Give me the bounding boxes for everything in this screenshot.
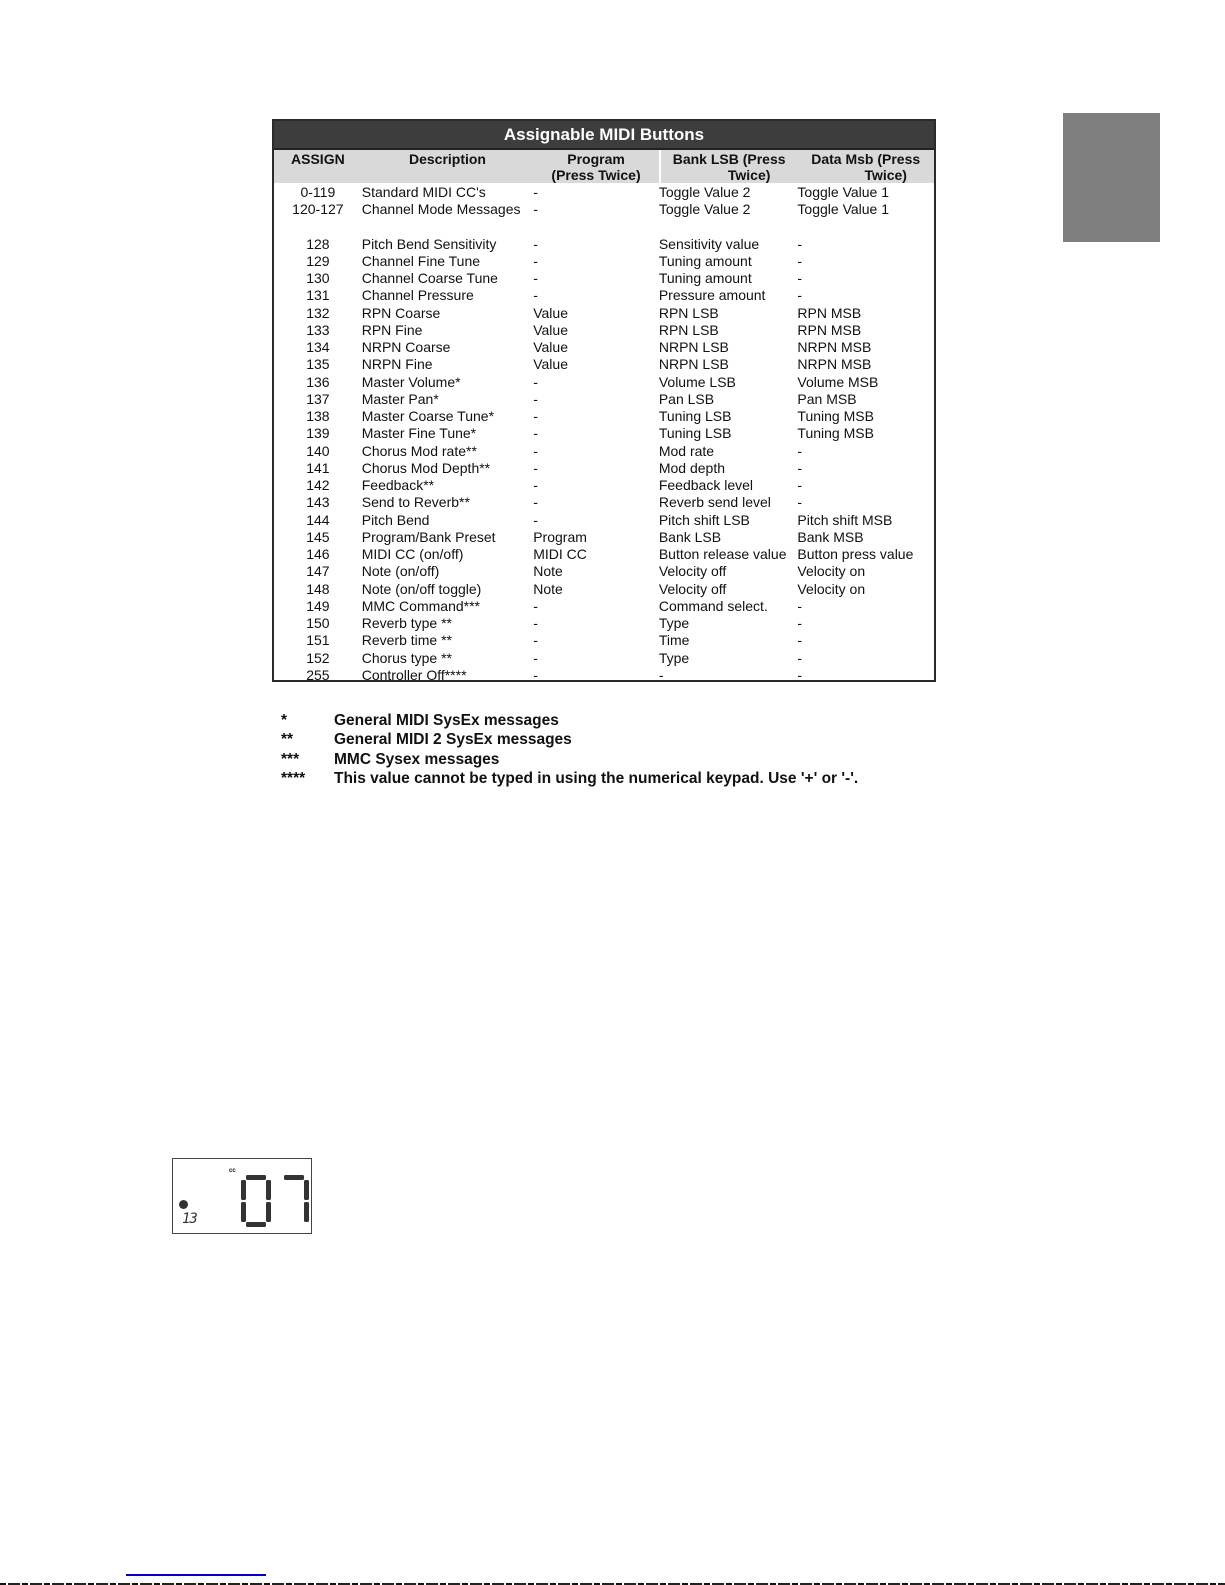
cell-data-msb: Tuning MSB [797,408,934,425]
cell-program: - [533,615,659,632]
header-description: Description [362,150,533,183]
cell-data-msb: - [797,443,934,460]
cell-bank-lsb: Velocity off [659,581,798,598]
cell-bank-lsb: Tuning LSB [659,425,798,442]
cell-data-msb: - [797,598,934,615]
cell-program: Value [533,339,659,356]
cell-assign: 143 [274,494,362,511]
cell-assign: 128 [274,236,362,253]
cell-assign: 146 [274,546,362,563]
cell-description: RPN Coarse [362,305,533,322]
cell-description: Feedback** [362,477,533,494]
cell-data-msb: Tuning MSB [797,425,934,442]
cell-description: Master Volume* [362,374,533,391]
cell-bank-lsb: RPN LSB [659,322,798,339]
cell-assign: 131 [274,287,362,304]
cell-assign: 132 [274,305,362,322]
table-row: 146MIDI CC (on/off)MIDI CCButton release… [274,546,934,563]
lcd-cc-indicator: cc [229,1168,236,1174]
cell-bank-lsb: Type [659,650,798,667]
table-row: 136Master Volume*-Volume LSBVolume MSB [274,374,934,391]
cell-bank-lsb: Toggle Value 2 [659,184,798,201]
cell-assign: 137 [274,391,362,408]
footnote: ***MMC Sysex messages [281,750,858,769]
lcd-seven-segment-digits [239,1173,311,1231]
table-row: 141Chorus Mod Depth**-Mod depth- [274,460,934,477]
section-tab-marker [1063,113,1160,242]
cell-program: - [533,477,659,494]
table-row: 145Program/Bank PresetProgramBank LSBBan… [274,529,934,546]
cell-assign: 152 [274,650,362,667]
cell-description: Program/Bank Preset [362,529,533,546]
cell-assign: 141 [274,460,362,477]
cell-assign: 145 [274,529,362,546]
cell-assign: 130 [274,270,362,287]
cell-data-msb: - [797,667,934,684]
cell-description: Note (on/off toggle) [362,581,533,598]
cell-description: Pitch Bend Sensitivity [362,236,533,253]
cell-program: - [533,494,659,511]
table-row: 255Controller Off****--- [274,667,934,684]
cell-bank-lsb: Sensitivity value [659,236,798,253]
cell-data-msb: - [797,615,934,632]
table-row: 137Master Pan*-Pan LSBPan MSB [274,391,934,408]
cell-data-msb: NRPN MSB [797,356,934,373]
cell-data-msb: - [797,650,934,667]
cell-program: MIDI CC [533,546,659,563]
table-header-row: ASSIGN Description Program(Press Twice) … [274,150,934,183]
assignable-midi-buttons-table: Assignable MIDI Buttons ASSIGN Descripti… [272,119,936,682]
cell-description: Chorus type ** [362,650,533,667]
cell-bank-lsb: Tuning amount [659,253,798,270]
cell-bank-lsb: Bank LSB [659,529,798,546]
cell-program: - [533,236,659,253]
cell-bank-lsb: Toggle Value 2 [659,201,798,218]
cell-assign: 147 [274,563,362,580]
cell-assign: 148 [274,581,362,598]
header-program: Program(Press Twice) [533,150,659,183]
cell-bank-lsb: Mod depth [659,460,798,477]
cell-assign: 120-127 [274,201,362,218]
cell-data-msb: Volume MSB [797,374,934,391]
footnote-text: General MIDI 2 SysEx messages [334,730,572,749]
cell-assign: 138 [274,408,362,425]
cell-program: Program [533,529,659,546]
lcd-small-value: 13 [182,1211,197,1227]
footer-link-underline [126,1574,266,1576]
cell-program: - [533,425,659,442]
cell-program: - [533,253,659,270]
table-row: 132RPN CoarseValueRPN LSBRPN MSB [274,305,934,322]
cell-bank-lsb: Pan LSB [659,391,798,408]
cell-data-msb: Velocity on [797,581,934,598]
footnote-mark: *** [281,750,334,769]
cell-program: - [533,598,659,615]
cell-data-msb: Toggle Value 1 [797,184,934,201]
cell-assign: 142 [274,477,362,494]
cell-description: Master Coarse Tune* [362,408,533,425]
cell-description: Channel Pressure [362,287,533,304]
cell-bank-lsb: Volume LSB [659,374,798,391]
cell-bank-lsb: Time [659,632,798,649]
cell-description: Channel Mode Messages [362,201,533,218]
table-row: 128Pitch Bend Sensitivity- Sensitivity v… [274,236,934,253]
footnote-mark: * [281,711,334,730]
cell-data-msb: - [797,270,934,287]
cell-data-msb: Button press value [797,546,934,563]
table-row: 148Note (on/off toggle)NoteVelocity offV… [274,581,934,598]
footnote-text: This value cannot be typed in using the … [334,769,858,788]
table-row: 143Send to Reverb**-Reverb send level- [274,494,934,511]
table-row: 152Chorus type **-Type- [274,650,934,667]
cell-program: - [533,270,659,287]
cell-program: - [533,460,659,477]
cell-data-msb: - [797,477,934,494]
cell-description: Chorus Mod Depth** [362,460,533,477]
cell-data-msb: - [797,236,934,253]
cell-bank-lsb: Button release value [659,546,798,563]
cell-bank-lsb: Pitch shift LSB [659,512,798,529]
cell-data-msb: - [797,494,934,511]
cell-description: Channel Fine Tune [362,253,533,270]
table-row: 0-119Standard MIDI CC's-Toggle Value 2To… [274,184,934,201]
cell-data-msb: - [797,287,934,304]
cell-program: - [533,184,659,201]
cell-data-msb: Toggle Value 1 [797,201,934,218]
cell-program: - [533,391,659,408]
table-row: 134NRPN CoarseValueNRPN LSBNRPN MSB [274,339,934,356]
cell-program: - [533,667,659,684]
cell-program: - [533,512,659,529]
cell-description: Chorus Mod rate** [362,443,533,460]
cell-assign: 149 [274,598,362,615]
cell-description: Reverb time ** [362,632,533,649]
cell-program: Value [533,305,659,322]
cell-data-msb: Pitch shift MSB [797,512,934,529]
cell-description: Note (on/off) [362,563,533,580]
cell-program: - [533,287,659,304]
cell-description: MMC Command*** [362,598,533,615]
cell-assign: 135 [274,356,362,373]
cell-description: NRPN Coarse [362,339,533,356]
cell-description: Send to Reverb** [362,494,533,511]
cell-description: MIDI CC (on/off) [362,546,533,563]
lcd-display-illustration: cc 13 [172,1158,312,1234]
cell-program: - [533,632,659,649]
cell-data-msb: - [797,460,934,477]
cell-bank-lsb: Tuning amount [659,270,798,287]
footnote-mark: **** [281,769,334,788]
cell-description: NRPN Fine [362,356,533,373]
footnote-mark: ** [281,730,334,749]
cell-bank-lsb: RPN LSB [659,305,798,322]
cell-description: Master Fine Tune* [362,425,533,442]
cell-assign: 139 [274,425,362,442]
footnote: ****This value cannot be typed in using … [281,769,858,788]
cell-description: Reverb type ** [362,615,533,632]
cell-assign: 151 [274,632,362,649]
table-row: 129Channel Fine Tune-Tuning amount- [274,253,934,270]
table-row: 131Channel Pressure-Pressure amount- [274,287,934,304]
table-row: 151Reverb time **-Time- [274,632,934,649]
cell-bank-lsb: - [659,667,798,684]
cell-assign: 140 [274,443,362,460]
cell-program: Value [533,356,659,373]
cell-bank-lsb: Command select. [659,598,798,615]
table-row: 138Master Coarse Tune*-Tuning LSBTuning … [274,408,934,425]
cell-assign: 255 [274,667,362,684]
cell-data-msb: Bank MSB [797,529,934,546]
cell-program: - [533,374,659,391]
cell-bank-lsb: Feedback level [659,477,798,494]
table-row: 120-127Channel Mode Messages-Toggle Valu… [274,201,934,218]
table-row: 135NRPN FineValueNRPN LSBNRPN MSB [274,356,934,373]
table-title: Assignable MIDI Buttons [274,121,934,150]
footnote: **General MIDI 2 SysEx messages [281,730,858,749]
footnote-text: General MIDI SysEx messages [334,711,559,730]
table-row: 150Reverb type **-Type- [274,615,934,632]
cell-bank-lsb: NRPN LSB [659,356,798,373]
row-spacer [274,219,934,236]
cell-program: Value [533,322,659,339]
cell-data-msb: RPN MSB [797,305,934,322]
cell-description: Pitch Bend [362,512,533,529]
table-body: 0-119Standard MIDI CC's-Toggle Value 2To… [274,183,934,684]
cell-data-msb: - [797,632,934,649]
cell-program: - [533,443,659,460]
cell-assign: 129 [274,253,362,270]
cell-program: Note [533,581,659,598]
table-row: 147Note (on/off)NoteVelocity offVelocity… [274,563,934,580]
cell-data-msb: RPN MSB [797,322,934,339]
cell-assign: 136 [274,374,362,391]
table-row: 139Master Fine Tune*-Tuning LSBTuning MS… [274,425,934,442]
header-bank-lsb: Bank LSB (PressTwice) [659,150,798,183]
cell-data-msb: Pan MSB [797,391,934,408]
cell-program: - [533,408,659,425]
cell-assign: 133 [274,322,362,339]
cell-assign: 144 [274,512,362,529]
footnote-text: MMC Sysex messages [334,750,499,769]
cell-bank-lsb: Reverb send level [659,494,798,511]
table-row: 140Chorus Mod rate**-Mod rate- [274,443,934,460]
cell-description: Master Pan* [362,391,533,408]
cell-program: Note [533,563,659,580]
cell-data-msb: - [797,253,934,270]
table-row: 142Feedback**-Feedback level- [274,477,934,494]
cell-bank-lsb: Tuning LSB [659,408,798,425]
cell-data-msb: NRPN MSB [797,339,934,356]
cell-bank-lsb: Type [659,615,798,632]
cell-description: RPN Fine [362,322,533,339]
cell-data-msb: Velocity on [797,563,934,580]
header-assign: ASSIGN [274,150,362,183]
cell-program: - [533,201,659,218]
cell-description: Channel Coarse Tune [362,270,533,287]
footnotes: *General MIDI SysEx messages**General MI… [281,711,858,788]
footnote: *General MIDI SysEx messages [281,711,858,730]
header-data-msb: Data Msb (PressTwice) [797,150,934,183]
cell-description: Controller Off**** [362,667,533,684]
table-row: 149MMC Command***-Command select.- [274,598,934,615]
table-row: 133RPN FineValueRPN LSBRPN MSB [274,322,934,339]
cell-assign: 134 [274,339,362,356]
cell-bank-lsb: Pressure amount [659,287,798,304]
table-row: 144Pitch Bend-Pitch shift LSBPitch shift… [274,512,934,529]
cell-assign: 150 [274,615,362,632]
lcd-dot-icon [179,1200,188,1209]
cell-bank-lsb: Mod rate [659,443,798,460]
cell-bank-lsb: Velocity off [659,563,798,580]
cell-assign: 0-119 [274,184,362,201]
cell-description: Standard MIDI CC's [362,184,533,201]
cell-bank-lsb: NRPN LSB [659,339,798,356]
cell-program: - [533,650,659,667]
table-row: 130Channel Coarse Tune-Tuning amount- [274,270,934,287]
